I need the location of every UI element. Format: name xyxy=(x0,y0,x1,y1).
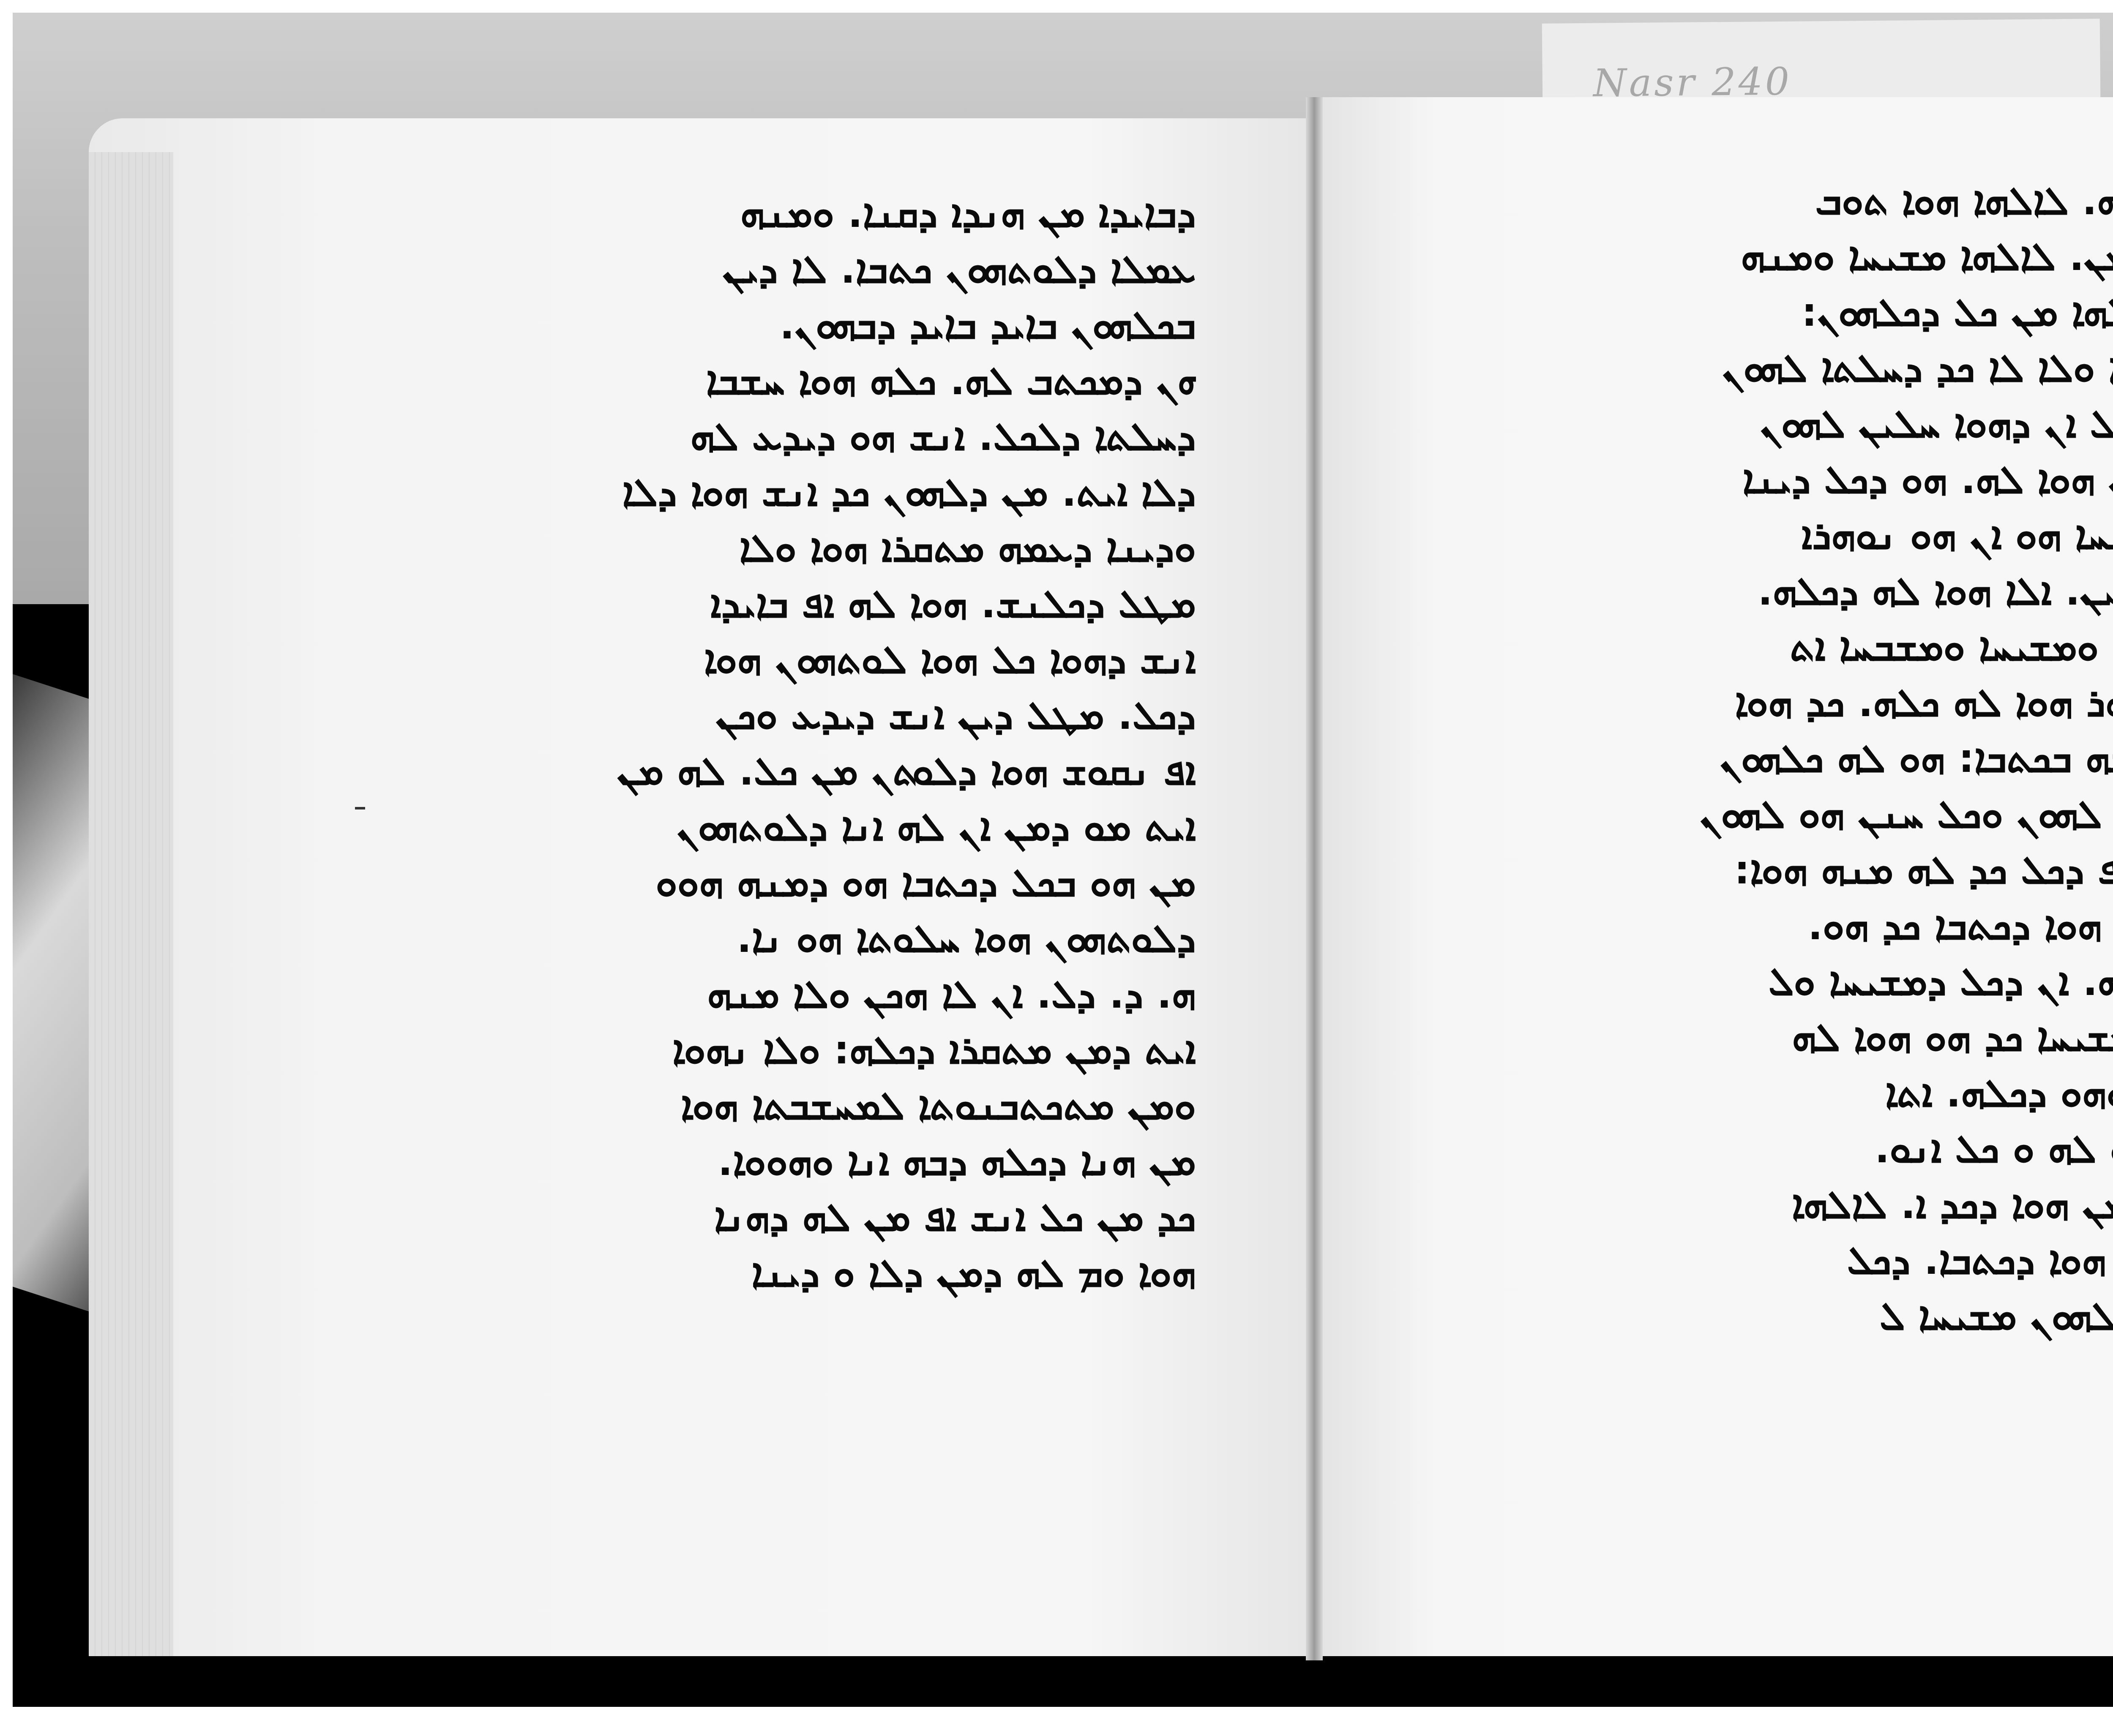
text-line: ܒܟܠܗܘܢ ܒܐܝܕ ܒܐܝܕ ܕܒܗܘܢ. xyxy=(359,297,1196,353)
text-line: ܘܗܘ ܕܐܝܬ ܒܗ. ܠܐܠܗܐ ܗܘܐ ܬܘܒ xyxy=(1403,173,2113,229)
text-line: ܟܕ ܡܢ ܟܠ ܐܢܫ ܐܦ ܡܢ ܠܗ ܕܗܢܐ xyxy=(359,1190,1196,1245)
text-line: ܡܛܠ ܕܟܠܢܫ. ܗܘܐ ܠܗ ܐܦ ܒܐܝܕܐ xyxy=(359,576,1196,632)
text-line: ܠܗܘܢ: ܡܛܠ ܗܘܐ ܕܟܬܒܐ ܟܕ ܗܘ. xyxy=(1403,898,2113,954)
text-line: ܡܢ ܗܢܐ ܕܟܠܗ ܕܒܗ ܐܢܐ ܘܗܘܘܐ. xyxy=(359,1134,1196,1190)
text-line: ܕܚܠܬܐ ܕܠܟܠ. ܐܢܫ ܗܘ ܕܝܕܥ ܠܗ xyxy=(359,409,1196,465)
book-gutter xyxy=(1306,97,1323,1660)
text-line: ܕܐܬܚܙܝ. ܠܐܠܗܐ ܡܢ ܟܠ ܕܟܠܗܘܢ: xyxy=(1403,285,2113,341)
text-line: ܘܢܚܙܐ. ܕܡܫܝܚܐ ܗܘ ܐܢ ܗܘ ܢܘܗܪܐ xyxy=(1403,508,2113,564)
text-line: ܗܘ ܐܢ ܒܗܘܢ ܗܘܐ ܕܟܬܒܐ. ܕܟܠ xyxy=(1403,1233,2113,1289)
text-line: ܐܝܬ ܡܘ ܕܡܢ ܐܢ ܠܗ ܐܢܐ ܕܠܘܬܗܘܢ xyxy=(359,799,1196,855)
text-line: ܐܦ ܢܩܘܫ ܗܘܐ ܕܠܘܬܢ ܡܢ ܟܠ. ܠܗ ܡܢ xyxy=(359,744,1196,799)
text-line: ܕܗܘܐ ܐܝܬ ܘܡܢ. ܠܐܠܗܐ ܡܫܝܚܐ ܘܡܢܗ xyxy=(1403,229,2113,285)
text-line: ܗܘܐ ܘܡ ܠܗ ܕܡܢ ܕܠܐ ܘ ܕܝܢܐ xyxy=(359,1245,1196,1301)
text-line: ܕܟܠ. ܡܛܠ ܕܝܢ ܐܢܫ ܕܝܕܥ ܘܟܢ xyxy=(359,688,1196,744)
text-line: ܘܗܘ ܠܗ ܟܠܗ. ܐܢ ܕܟܠ ܕܡܫܝܚܐ ܘܠ xyxy=(1403,954,2113,1010)
text-line: ܘܐܢܫ ܘܡܢ ܕܠ ܐܢ ܕܗܘܐ ܚܠܝܢ ܠܗܘܢ xyxy=(1403,396,2113,452)
manuscript-photo: Nasr 240 ܠܐ ܕܒܐܝܕܐ ܡܢ ܗܢܕܐ ܕܩܢܐ. ܘܡܢܗ ܥܡ… xyxy=(13,13,2113,1707)
text-line: ܕܗܘܐ ܘܡܢ ܕܝܢ. ܐܠܐ ܗܘܐ ܠܗ ܕܟܠܗ. xyxy=(1403,564,2113,619)
text-line: ܕܡܢ ܟܕ ܐܢ ܐܦ ܕܟܠ ܟܕ ܠܗ ܡܢܗ ܗܘܐ: xyxy=(1403,842,2113,898)
text-line: ܐܢ ܘܗܘ ܟܕ ܘܗܘ ܕܟܠܗ. ܐܬܐ xyxy=(1403,1066,2113,1121)
text-line: ܡܢ ܠܗ. ܢܘܗܪ ܗܘܐ ܠܗ ܟܠܗ. ܟܕ ܗܘܐ xyxy=(1403,675,2113,731)
text-line: ܗ. ܕ. ܕܠ. ܐܢ ܠܐ ܗܟܢ ܘܠܐ ܡܢܗ xyxy=(359,967,1196,1022)
text-line: ܗܘܐ ܢܚܘܬ ܟܠܗܘܢ ܡܫܝܚܐ ܠ xyxy=(1403,1289,2113,1344)
text-line: ܗܢ ܕܡܟܬܒ ܠܗ. ܟܠܗ ܗܘܐ ܚܫܒܐ xyxy=(359,353,1196,409)
text-line: ܕܡܢ ܠܐ ܕܟܠ ܠܗܘܢ ܘܟܠ ܚܢܢ ܗܘ ܠܗܘܢ xyxy=(1403,787,2113,842)
text-line: ܠܐܠܗܐ ܕܟܠܗ ܘܡܫܝܚܐ ܘܡܫܒܚܐ ܐܬ xyxy=(1403,619,2113,675)
left-page-text: ܕܒܐܝܕܐ ܡܢ ܗܢܕܐ ܕܩܢܐ. ܘܡܢܗ ܥܡܠܐ ܕܠܘܬܗܘܢ ܟ… xyxy=(359,186,1196,1301)
text-line: ܘܗܘ ܕܠ ܡܢܐ ܘܠܐ ܠܐ ܟܕ ܕܚܠܬܐ ܠܗܘܢ xyxy=(1403,341,2113,396)
text-line: ܐܝܬ ܕܡܢ ܡܬܩܪܐ ܕܟܠܗ: ܘܠܐ ܢܗܘܐ xyxy=(359,1022,1196,1078)
text-line: ܕܠܘܬܗܘܢ ܗܘܐ ܚܠܘܬܐ ܗܘ ܢܐ. xyxy=(359,911,1196,967)
text-line: ܥܡܠܐ ܕܠܘܬܗܘܢ ܟܬܒܐ. ܠܐ ܕܝܢ xyxy=(359,242,1196,297)
text-line: ܘܐܠܐ ܠܗ ܕܝܢ ܗܘܐ ܠܗ. ܗܘ ܕܟܠ ܕܝܢܐ xyxy=(1403,452,2113,508)
text-line: ܕܒܐܝܕܐ ܡܢ ܗܢܕܐ ܕܩܢܐ. ܘܡܢܗ xyxy=(359,186,1196,242)
text-line: ܕܗܘ xyxy=(1403,1344,2113,1400)
text-line: ܟܕ ܡܠ ܠܗ ܡܢ ܗܘܐ ܕܟܕ ܐ. ܠܐܠܗܐ xyxy=(1403,1177,2113,1233)
left-page-edges xyxy=(89,152,173,1656)
text-line: ܡܢ ܗܘ ܒܟܠ ܕܟܬܒܐ ܗܘ ܕܡܢܗ ܗܘܘ xyxy=(359,855,1196,911)
text-line: ܐܢܫ ܕܗܘܐ ܟܠ ܗܘܐ ܠܘܬܗܘܢ ܗܘܐ xyxy=(359,632,1196,688)
right-page-text: ܘܗܘ ܕܐܝܬ ܒܗ. ܠܐܠܗܐ ܗܘܐ ܬܘܒ ܕܗܘܐ ܐܝܬ ܘܡܢ.… xyxy=(1403,173,2113,1400)
text-line: ܘܡܢ ܡܬܟܬܒܢܘܬܐ ܠܡܚܫܒܬܐ ܗܘܐ xyxy=(359,1078,1196,1134)
text-line: ܗܘ ܐܝܬ ܟܕ ܒܗ ܒܟܬܒܐ: ܗܘ ܠܗ ܟܠܗܘܢ xyxy=(1403,731,2113,787)
text-line: ܟܕ ܗܘ ܐܢ. ܡܫܝܚܐ ܟܕ ܗܘ ܗܘܐ ܠܗ xyxy=(1403,1010,2113,1066)
text-line: ܟܕ ܗܘܐ ܟܕ ܘ ܠܗ ܘ ܟܠ ܐܢܘ. xyxy=(1403,1121,2113,1177)
text-line: ܕܠܐ ܐܝܬ. ܡܢ ܕܠܗܘܢ ܟܕ ܐܢܫ ܗܘܐ ܕܠܐ xyxy=(359,465,1196,521)
text-line: ܘܕܝܢܐ ܕܥܡܗ ܡܬܩܪܐ ܗܘܐ ܘܠܐ xyxy=(359,521,1196,576)
